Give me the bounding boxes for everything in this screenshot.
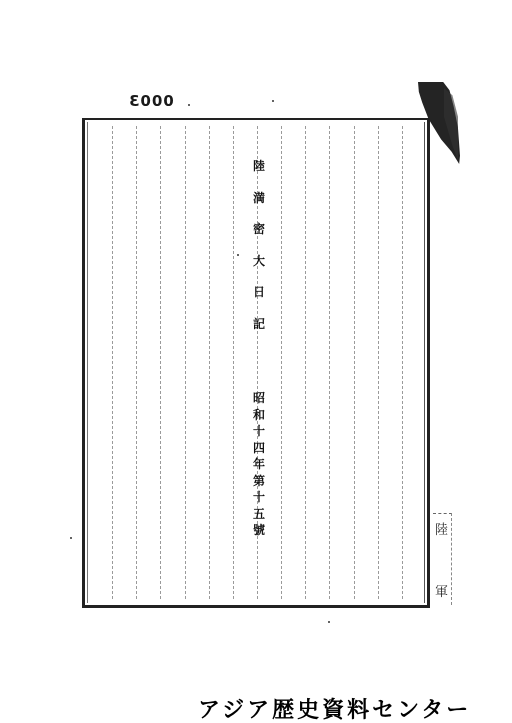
- archive-watermark: アジア歴史資料センター: [198, 693, 471, 723]
- ruled-line: [378, 126, 379, 599]
- title-char: 陸: [253, 160, 265, 172]
- date-char: 四: [253, 442, 265, 454]
- title-char: 日: [253, 286, 265, 298]
- title-char: 大: [253, 255, 265, 267]
- speck: [188, 104, 190, 106]
- speck: [237, 254, 239, 256]
- stamp-char-bottom: 軍: [435, 586, 448, 599]
- speck: [328, 621, 330, 623]
- title-char: 密: [253, 223, 265, 235]
- ruled-line: [112, 126, 113, 599]
- speck: [272, 100, 274, 102]
- document-title: 陸満密大日記: [250, 160, 268, 349]
- ruled-line: [136, 126, 137, 599]
- date-char: 年: [253, 458, 265, 470]
- document-date: 昭和十四年第十五號: [250, 392, 268, 541]
- ruled-line: [233, 126, 234, 599]
- stamp-char-top: 陸: [435, 524, 448, 537]
- date-char: 十: [253, 491, 265, 503]
- ruled-line: [281, 126, 282, 599]
- ruled-line: [209, 126, 210, 599]
- ruled-line: [329, 126, 330, 599]
- ruled-line: [160, 126, 161, 599]
- ruled-line: [402, 126, 403, 599]
- page-number: 0003: [128, 92, 174, 110]
- ruled-line: [185, 126, 186, 599]
- date-char: 五: [253, 508, 265, 520]
- ruled-line: [354, 126, 355, 599]
- title-char: 満: [253, 192, 265, 204]
- speck: [70, 537, 72, 539]
- ruled-line: [305, 126, 306, 599]
- title-char: 記: [253, 318, 265, 330]
- date-char: 第: [253, 475, 265, 487]
- date-char: 十: [253, 425, 265, 437]
- date-char: 號: [253, 524, 265, 536]
- date-char: 和: [253, 409, 265, 421]
- date-char: 昭: [253, 392, 265, 404]
- army-stamp: 陸 軍: [433, 513, 452, 605]
